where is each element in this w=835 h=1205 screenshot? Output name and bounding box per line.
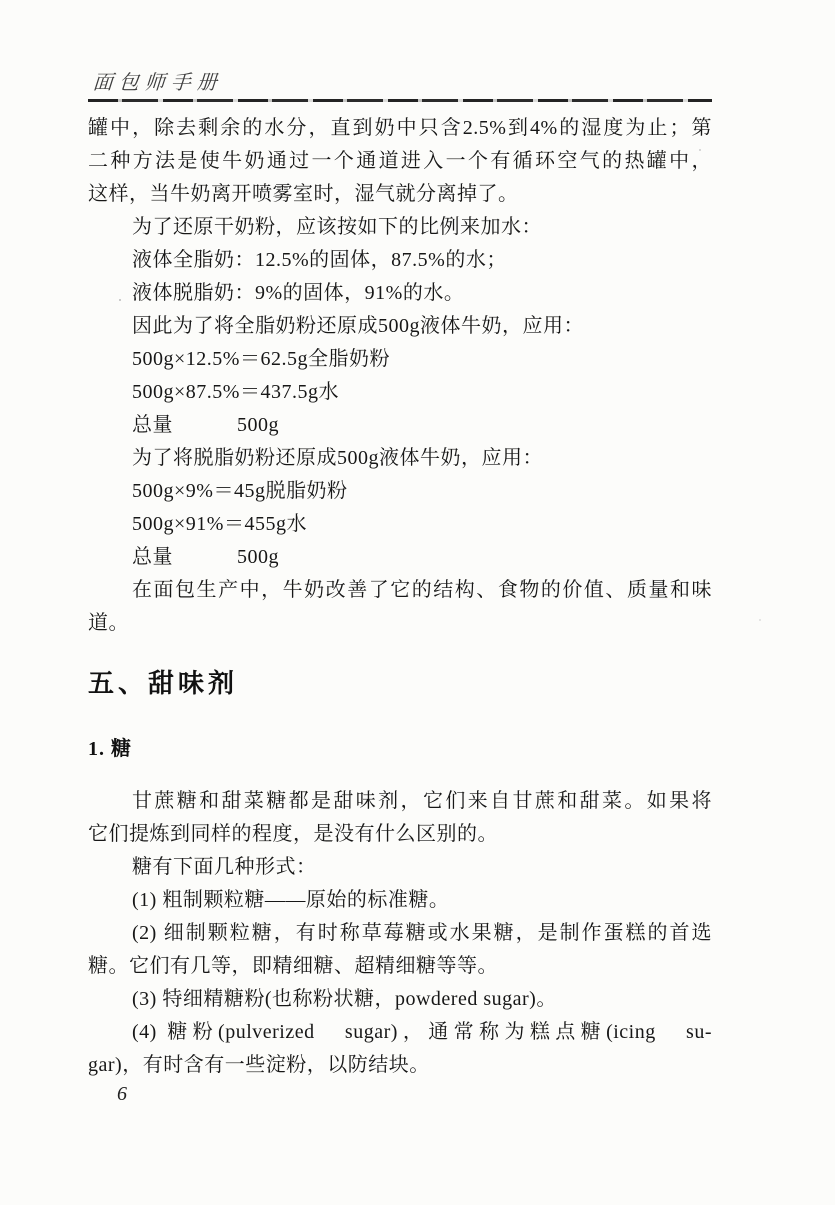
header-rule [88, 99, 712, 102]
total-value: 500g [237, 546, 279, 568]
running-header-title: 面包师手册 [92, 66, 224, 95]
list-item: (4) 糖粉(pulverized sugar)，通常称为糕点糖(icing s… [88, 1016, 712, 1049]
body-line: 糖有下面几种形式： [88, 851, 712, 884]
formula-line: 500g×12.5%＝62.5g全脂奶粉 [88, 343, 712, 376]
body-line: 它们提炼到同样的程度，是没有什么区别的。 [88, 818, 712, 851]
body-line: 糖。它们有几等，即精细糖、超精细糖等等。 [88, 950, 712, 983]
body-line: 液体全脂奶：12.5%的固体，87.5%的水； [88, 244, 712, 277]
body-line: 液体脱脂奶：9%的固体，91%的水。 [88, 277, 712, 310]
list-item: (1) 粗制颗粒糖——原始的标准糖。 [88, 884, 712, 917]
list-item: (2) 细制颗粒糖，有时称草莓糖或水果糖，是制作蛋糕的首选 [88, 917, 712, 950]
sugar-section: 甘蔗糖和甜菜糖都是甜味剂，它们来自甘蔗和甜菜。如果将 它们提炼到同样的程度，是没… [88, 785, 712, 1082]
formula-line: 500g×91%＝455g水 [88, 508, 712, 541]
body-line: 为了将脱脂奶粉还原成500g液体牛奶，应用： [88, 442, 712, 475]
formula-line: 500g×9%＝45g脱脂奶粉 [88, 475, 712, 508]
section-heading: 五、甜味剂 [88, 664, 712, 704]
book-page: 面包师手册 罐中，除去剩余的水分，直到奶中只含2.5%到4%的湿度为止；第 二种… [0, 0, 835, 1205]
total-label: 总量 [132, 546, 173, 568]
body-line: 二种方法是使牛奶通过一个通道进入一个有循环空气的热罐中， [88, 145, 712, 178]
total-value: 500g [237, 414, 279, 436]
formula-line: 500g×87.5%＝437.5g水 [88, 376, 712, 409]
body-line: 为了还原干奶粉，应该按如下的比例来加水： [88, 211, 712, 244]
total-line: 总量500g [88, 541, 712, 574]
body-line: gar)，有时含有一些淀粉，以防结块。 [88, 1049, 712, 1082]
list-item: (3) 特细精糖粉(也称粉状糖，powdered sugar)。 [88, 983, 712, 1016]
body-line: 这样，当牛奶离开喷雾室时，湿气就分离掉了。 [88, 178, 712, 211]
total-line: 总量500g [88, 409, 712, 442]
total-label: 总量 [132, 414, 173, 436]
page-number: 6 [117, 1083, 127, 1106]
body-line: 罐中，除去剩余的水分，直到奶中只含2.5%到4%的湿度为止；第 [88, 112, 712, 145]
subsection-heading: 1. 糖 [88, 734, 712, 764]
body-line: 在面包生产中，牛奶改善了它的结构、食物的价值、质量和味 [88, 574, 712, 607]
body-line: 因此为了将全脂奶粉还原成500g液体牛奶，应用： [88, 310, 712, 343]
page-content: 罐中，除去剩余的水分，直到奶中只含2.5%到4%的湿度为止；第 二种方法是使牛奶… [88, 112, 712, 1082]
body-line: 道。 [88, 607, 712, 640]
body-line: 甘蔗糖和甜菜糖都是甜味剂，它们来自甘蔗和甜菜。如果将 [88, 785, 712, 818]
